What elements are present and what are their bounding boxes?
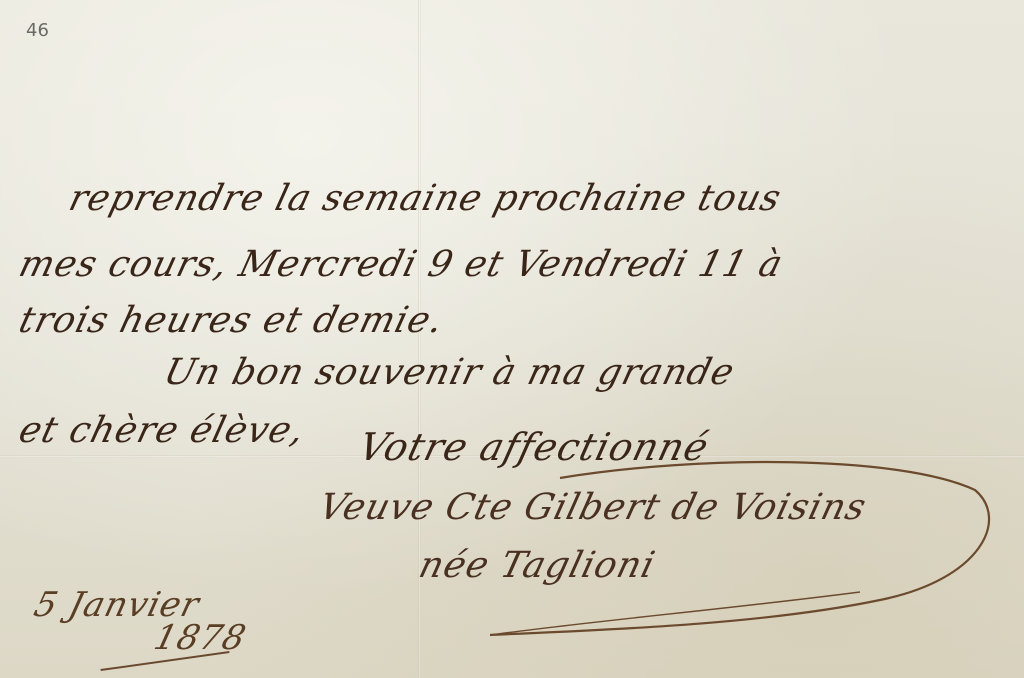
signature-flourish — [0, 0, 1024, 678]
letter-page: 46 reprendre la semaine prochaine tous m… — [0, 0, 1024, 678]
date-year: 1878 — [150, 618, 251, 658]
